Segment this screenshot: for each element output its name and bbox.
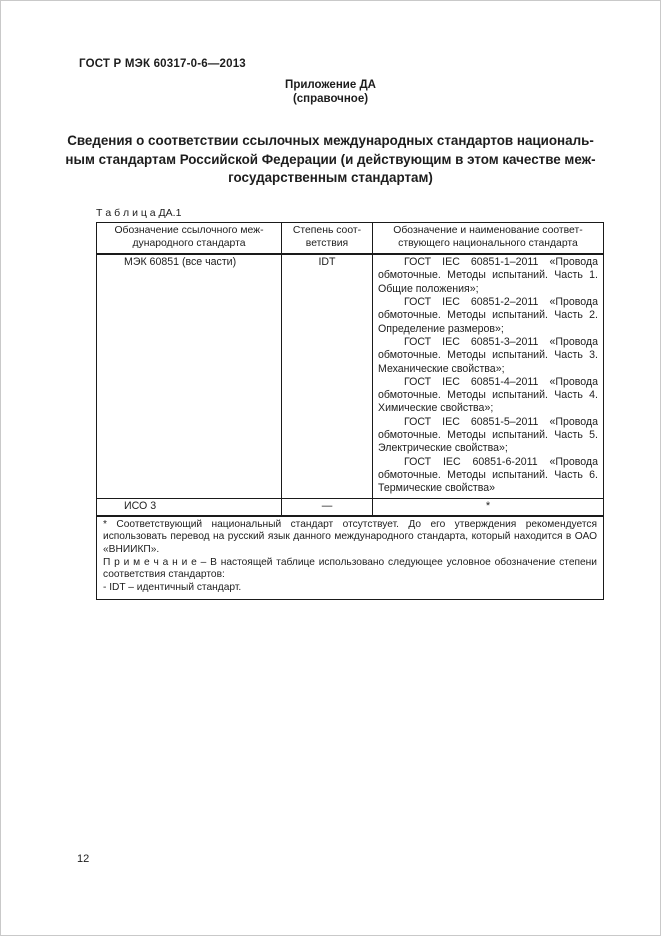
- appendix-type: (справочное): [1, 93, 660, 107]
- col-header-conformity-degree: Степень соот- ветствия: [282, 223, 373, 255]
- cell-national-standard-asterisk: *: [373, 498, 604, 516]
- national-standard-item-4: ГОСТ IEC 60851-4–2011 «Провода обмоточны…: [378, 376, 598, 416]
- table-row-iso-3: ИСО 3 — *: [97, 498, 604, 516]
- table-caption: Т а б л и ц а ДА.1: [96, 207, 181, 219]
- cell-conformity-degree: IDT: [282, 254, 373, 498]
- doc-title-line-1: Сведения о соответствии ссылочных междун…: [41, 132, 620, 151]
- doc-title: Сведения о соответствии ссылочных междун…: [41, 132, 620, 188]
- appendix-heading: Приложение ДА (справочное): [1, 79, 660, 106]
- table-row-mek-60851: МЭК 60851 (все части) IDT ГОСТ IEC 60851…: [97, 254, 604, 498]
- col-header-line: Обозначение и наименование соответ-: [376, 225, 600, 238]
- footnote-note: П р и м е ч а н и е – В настоящей таблиц…: [103, 557, 597, 582]
- col-header-line: ствующего национального стандарта: [376, 238, 600, 251]
- document-page: ГОСТ Р МЭК 60317-0-6—2013 Приложение ДА …: [0, 0, 661, 936]
- table-footnote-row: * Соответствующий национальный стандарт …: [97, 516, 604, 600]
- col-header-national-standard: Обозначение и наименование соответ- ству…: [373, 223, 604, 255]
- appendix-label: Приложение ДА: [1, 79, 660, 93]
- col-header-line: Обозначение ссылочного меж-: [100, 225, 278, 238]
- cell-ref-standard: МЭК 60851 (все части): [97, 254, 282, 498]
- national-standard-item-3: ГОСТ IEC 60851-3–2011 «Провода обмоточны…: [378, 336, 598, 376]
- doc-code: ГОСТ Р МЭК 60317-0-6—2013: [79, 58, 246, 70]
- doc-title-line-3: государственным стандартам): [41, 169, 620, 188]
- national-standard-item-5: ГОСТ IEC 60851-5–2011 «Провода обмоточны…: [378, 416, 598, 456]
- national-standard-item-1: ГОСТ IEC 60851-1–2011 «Провода обмоточны…: [378, 256, 598, 296]
- cell-national-standards: ГОСТ IEC 60851-1–2011 «Провода обмоточны…: [373, 254, 604, 498]
- correspondence-table: Обозначение ссылочного меж- дународного …: [96, 222, 604, 600]
- table-footnote-cell: * Соответствующий национальный стандарт …: [97, 516, 604, 600]
- col-header-international-standard: Обозначение ссылочного меж- дународного …: [97, 223, 282, 255]
- footnote-asterisk: * Соответствующий национальный стандарт …: [103, 519, 597, 557]
- col-header-line: Степень соот-: [285, 225, 369, 238]
- national-standard-item-2: ГОСТ IEC 60851-2–2011 «Провода обмоточны…: [378, 296, 598, 336]
- footnote-note-item: - IDT – идентичный стандарт.: [103, 582, 597, 595]
- col-header-line: ветствия: [285, 238, 369, 251]
- col-header-line: дународного стандарта: [100, 238, 278, 251]
- table-header-row: Обозначение ссылочного меж- дународного …: [97, 223, 604, 255]
- national-standard-item-6: ГОСТ IEC 60851-6-2011 «Провода обмоточны…: [378, 456, 598, 496]
- page-number: 12: [77, 853, 89, 865]
- cell-ref-standard: ИСО 3: [97, 498, 282, 516]
- doc-title-line-2: ным стандартам Российской Федерации (и д…: [41, 151, 620, 170]
- cell-conformity-degree: —: [282, 498, 373, 516]
